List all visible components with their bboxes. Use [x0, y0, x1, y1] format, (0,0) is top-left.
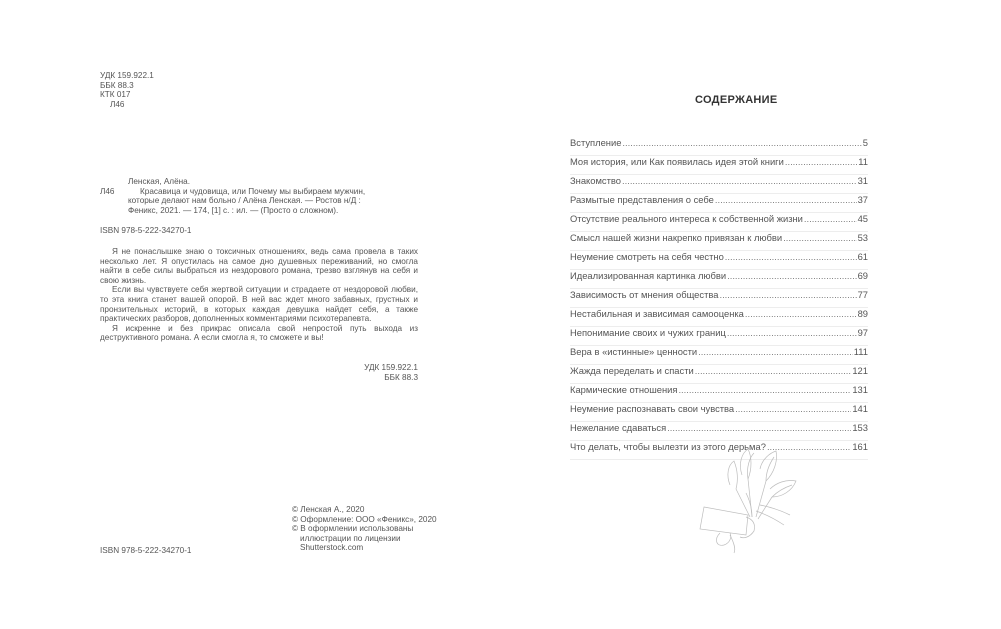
toc-leader-dots	[735, 403, 851, 414]
toc-leader-dots	[745, 308, 857, 319]
toc-title: СОДЕРЖАНИЕ	[695, 94, 778, 106]
toc-entry-title: Идеализированная картинка любви	[570, 270, 726, 281]
toc-entry-page: 141	[852, 403, 868, 414]
toc-entry-title: Жажда переделать и спасти	[570, 365, 694, 376]
toc-entry: Неумение распознавать свои чувства141	[570, 403, 868, 422]
toc-entry: Жажда переделать и спасти121	[570, 365, 868, 384]
table-of-contents: Вступление5Моя история, или Как появилас…	[570, 137, 868, 460]
toc-entry-title: Нежелание сдаваться	[570, 422, 666, 433]
toc-entry-page: 89	[858, 308, 868, 319]
toc-leader-dots	[667, 422, 851, 433]
toc-entry: Неумение смотреть на себя честно61	[570, 251, 868, 270]
toc-entry: Идеализированная картинка любви69	[570, 270, 868, 289]
toc-entry-title: Отсутствие реального интереса к собствен…	[570, 213, 803, 224]
isbn-bottom: ISBN 978-5-222-34270-1	[100, 546, 192, 556]
toc-entry-page: 53	[858, 232, 868, 243]
annotation-paragraph: Я не понаслышке знаю о токсичных отношен…	[100, 247, 418, 285]
udk-code: УДК 159.922.1	[100, 71, 154, 81]
toc-leader-dots	[727, 270, 856, 281]
classification-codes: УДК 159.922.1 ББК 88.3 КТК 017 Л46	[100, 71, 154, 109]
imprint-page: УДК 159.922.1 ББК 88.3 КТК 017 Л46 Ленск…	[0, 0, 500, 629]
toc-entry-title: Смысл нашей жизни накрепко привязан к лю…	[570, 232, 782, 243]
toc-entry-page: 11	[858, 156, 868, 167]
toc-entry-page: 37	[858, 194, 868, 205]
record-title-line: Феникс, 2021. — 174, [1] с. : ил. — (Про…	[100, 206, 430, 216]
toc-entry: Зависимость от мнения общества77	[570, 289, 868, 308]
toc-entry: Смысл нашей жизни накрепко привязан к лю…	[570, 232, 868, 251]
toc-entry: Знакомство31	[570, 175, 868, 194]
record-cipher: Л46	[100, 187, 128, 197]
annotation-paragraph: Я искренне и без прикрас описала свой не…	[100, 324, 418, 343]
classification-codes-bottom: УДК 159.922.1 ББК 88.3	[320, 363, 418, 382]
tulip-bouquet-illustration	[690, 445, 810, 555]
copyright-line: © Оформление: ООО «Феникс», 2020	[292, 515, 437, 525]
toc-entry-page: 97	[858, 327, 868, 338]
toc-entry-page: 5	[863, 137, 868, 148]
bibliographic-record: Ленская, Алёна. Л46 Красавица и чудовища…	[100, 177, 430, 215]
copyright-line: Shutterstock.com	[292, 543, 437, 553]
toc-entry-title: Вера в «истинные» ценности	[570, 346, 697, 357]
toc-entry-title: Нестабильная и зависимая самооценка	[570, 308, 744, 319]
isbn-top: ISBN 978-5-222-34270-1	[100, 226, 192, 236]
toc-entry: Отсутствие реального интереса к собствен…	[570, 213, 868, 232]
toc-entry-page: 77	[858, 289, 868, 300]
copyright-line: иллюстрации по лицензии	[292, 534, 437, 544]
record-title-line: Красавица и чудовища, или Почему мы выби…	[128, 187, 430, 197]
toc-entry: Вступление5	[570, 137, 868, 156]
copyright-line: © В оформлении использованы	[292, 524, 437, 534]
toc-entry-title: Неумение распознавать свои чувства	[570, 403, 734, 414]
author-name: Ленская, Алёна.	[100, 177, 430, 187]
toc-entry: Моя история, или Как появилась идея этой…	[570, 156, 868, 175]
toc-leader-dots	[698, 346, 853, 357]
toc-entry-page: 31	[858, 175, 868, 186]
toc-entry: Размытые представления о себе37	[570, 194, 868, 213]
toc-entry-title: Кармические отношения	[570, 384, 677, 395]
toc-entry-page: 69	[858, 270, 868, 281]
toc-leader-dots	[719, 289, 856, 300]
toc-entry-title: Непонимание своих и чужих границ	[570, 327, 726, 338]
annotation-paragraph: Если вы чувствуете себя жертвой ситуации…	[100, 285, 418, 323]
copyright-line: © Ленская А., 2020	[292, 505, 437, 515]
toc-leader-dots	[804, 213, 857, 224]
toc-entry: Непонимание своих и чужих границ97	[570, 327, 868, 346]
toc-entry-page: 111	[854, 346, 868, 357]
toc-entry-page: 161	[852, 441, 868, 452]
toc-entry-title: Зависимость от мнения общества	[570, 289, 718, 300]
toc-leader-dots	[622, 175, 857, 186]
bbk-code: ББК 88.3	[100, 81, 154, 91]
bbk-code: ББК 88.3	[320, 373, 418, 383]
toc-entry: Вера в «истинные» ценности111	[570, 346, 868, 365]
toc-entry: Нестабильная и зависимая самооценка89	[570, 308, 868, 327]
toc-leader-dots	[622, 137, 861, 148]
toc-leader-dots	[727, 327, 857, 338]
toc-entry: Кармические отношения131	[570, 384, 868, 403]
toc-leader-dots	[715, 194, 857, 205]
author-cipher: Л46	[100, 100, 154, 110]
toc-entry-page: 131	[852, 384, 868, 395]
toc-leader-dots	[785, 156, 857, 167]
udk-code: УДК 159.922.1	[320, 363, 418, 373]
toc-entry-page: 61	[858, 251, 868, 262]
toc-entry-title: Неумение смотреть на себя честно	[570, 251, 724, 262]
copyright-block: © Ленская А., 2020 © Оформление: ООО «Фе…	[292, 505, 437, 553]
ktk-code: КТК 017	[100, 90, 154, 100]
toc-entry-title: Вступление	[570, 137, 621, 148]
toc-entry: Нежелание сдаваться153	[570, 422, 868, 441]
contents-page: СОДЕРЖАНИЕ Вступление5Моя история, или К…	[500, 0, 1001, 629]
record-title-line: которые делают нам больно / Алёна Ленска…	[100, 196, 430, 206]
toc-entry-page: 121	[852, 365, 868, 376]
toc-leader-dots	[725, 251, 857, 262]
toc-leader-dots	[695, 365, 852, 376]
toc-leader-dots	[783, 232, 856, 243]
toc-entry-page: 45	[858, 213, 868, 224]
toc-entry-page: 153	[852, 422, 868, 433]
toc-entry-title: Моя история, или Как появилась идея этой…	[570, 156, 784, 167]
toc-entry-title: Размытые представления о себе	[570, 194, 714, 205]
toc-leader-dots	[678, 384, 851, 395]
toc-entry-title: Знакомство	[570, 175, 621, 186]
annotation: Я не понаслышке знаю о токсичных отношен…	[100, 247, 418, 343]
